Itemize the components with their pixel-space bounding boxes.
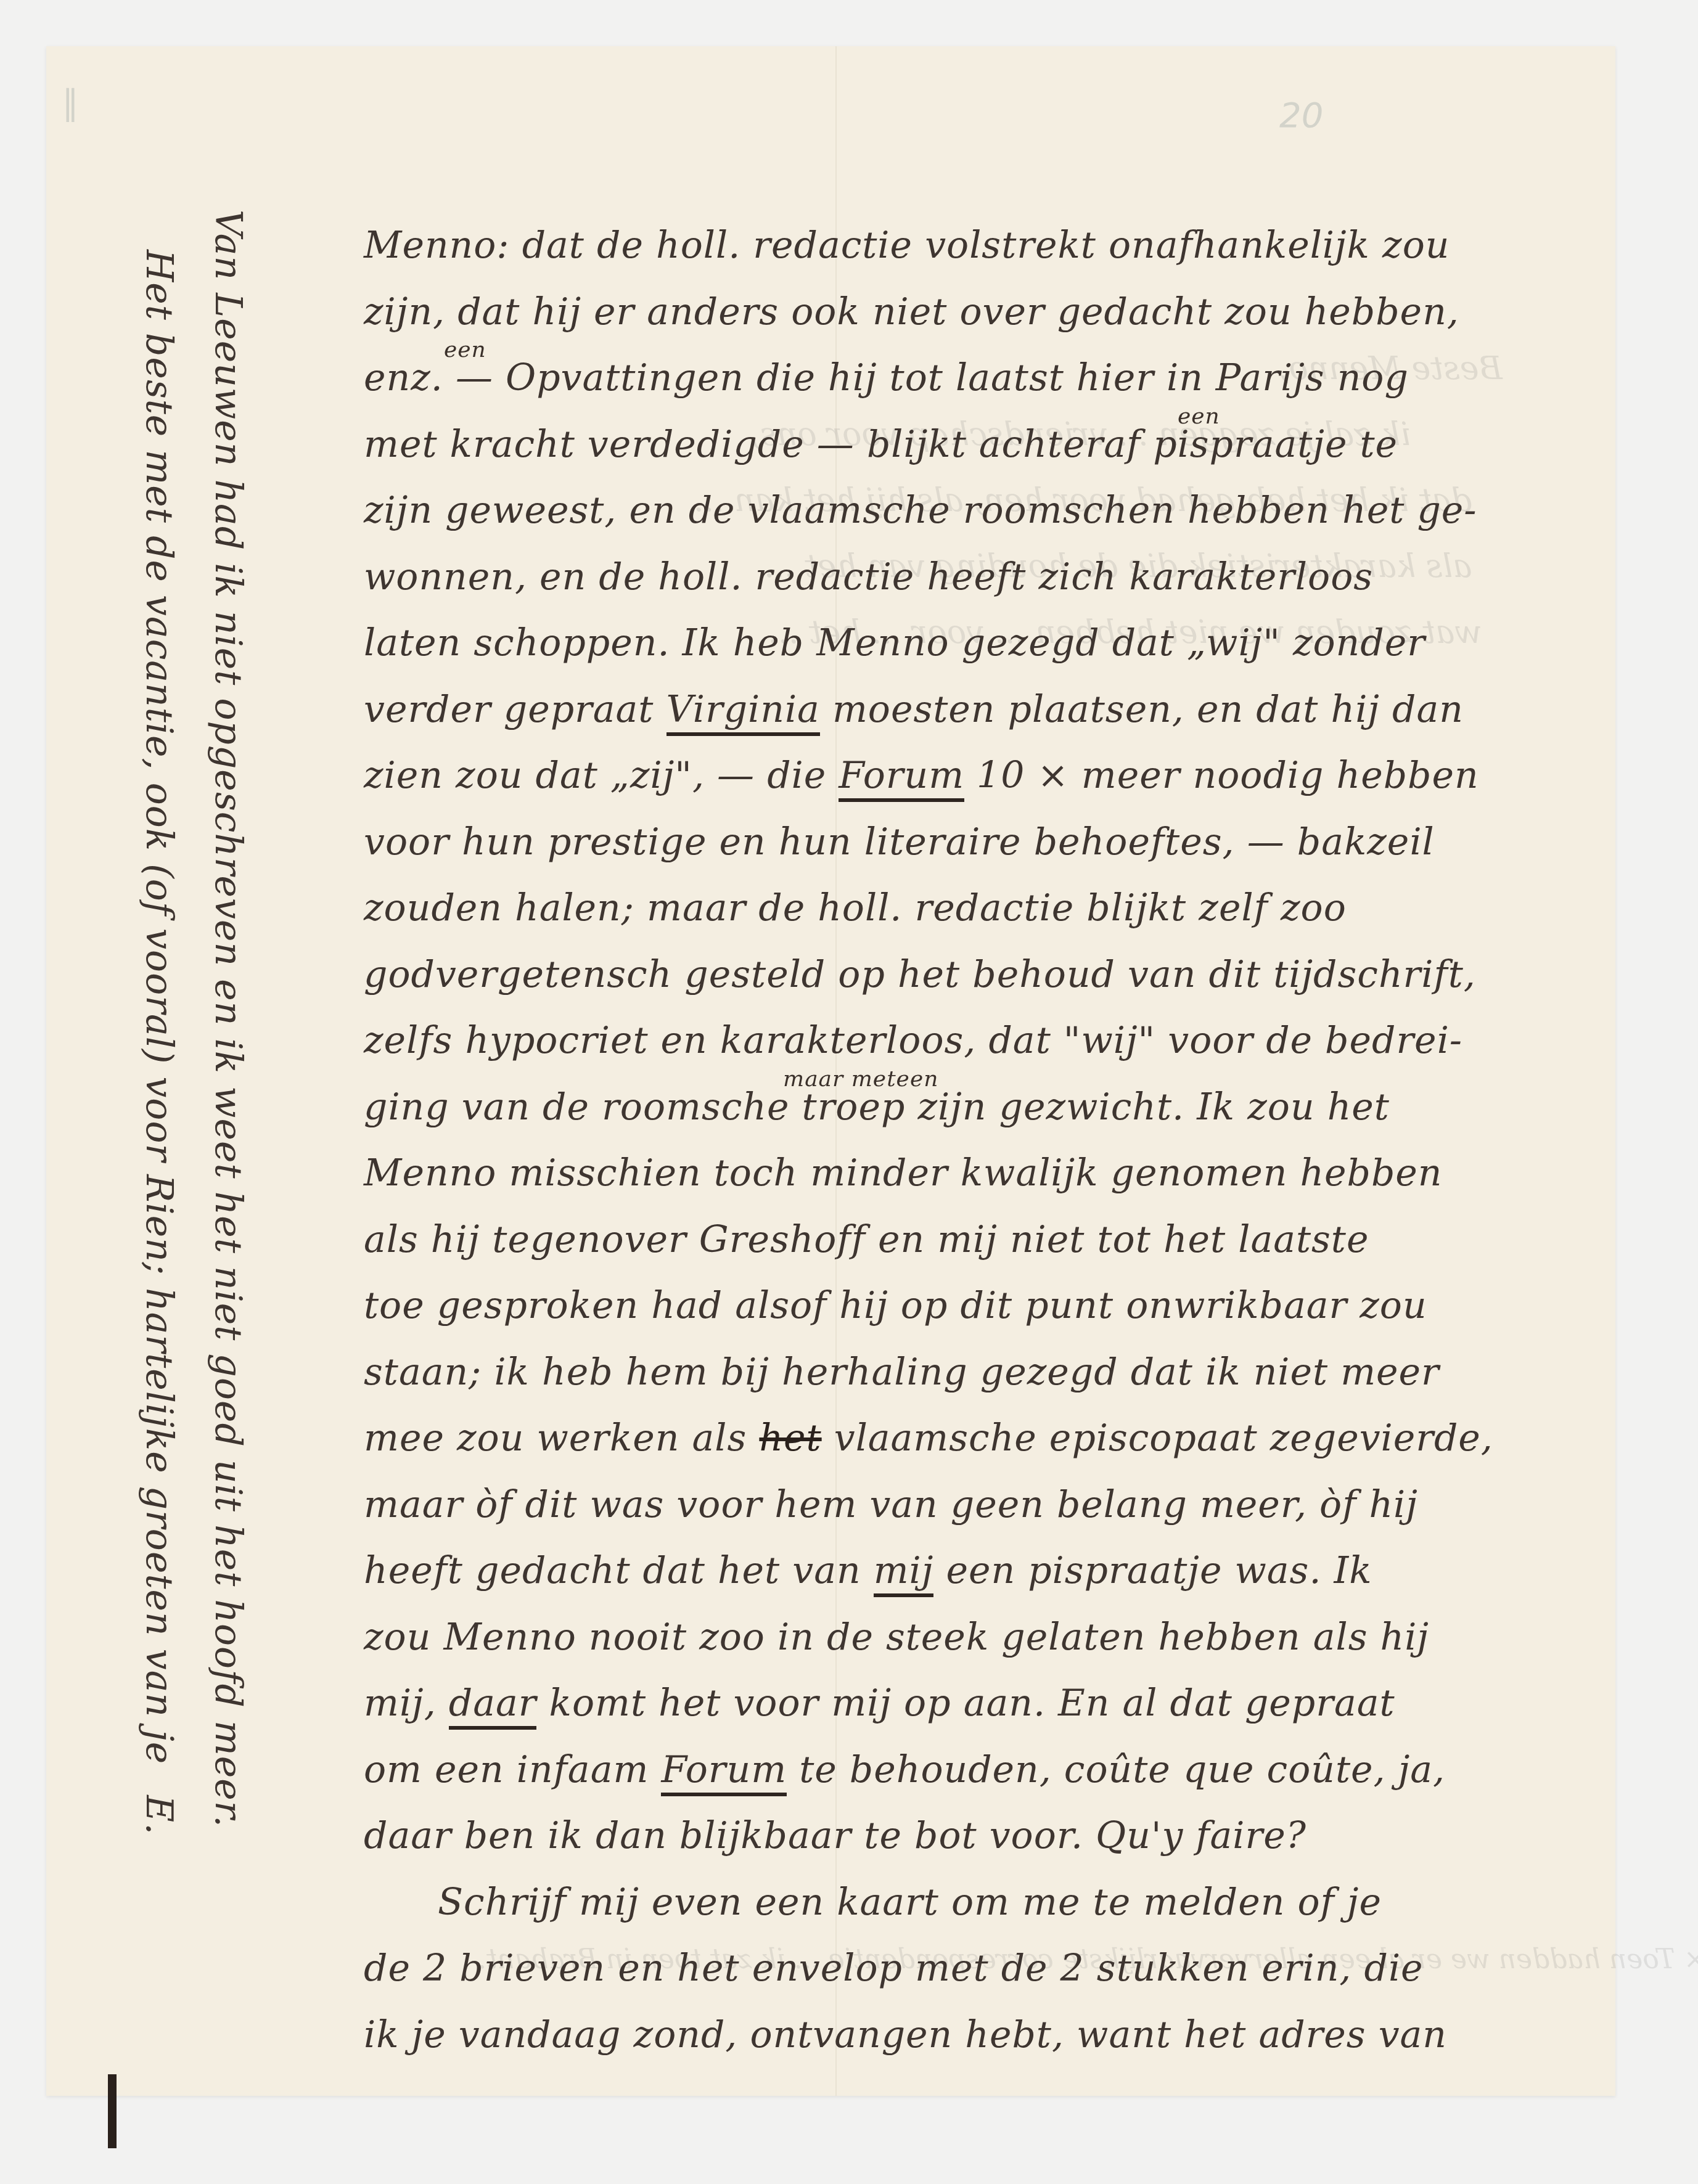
struck-word-het: het [759,1417,821,1460]
line-2: zijn, dat hij er anders ook niet over ge… [364,279,1652,346]
insertion-een: een [444,339,486,361]
line-26: Schrijf mij even een kaart om me te meld… [364,1870,1652,1936]
line-13: zelfs hypocriet en karakterloos, dat "wi… [364,1008,1652,1074]
line-19: mee zou werken als het vlaamsche episcop… [364,1405,1652,1472]
letter-body: Menno: dat de holl. redactie volstrekt o… [364,213,1652,2068]
line-25: daar ben ik dan blijkbaar te bot voor. Q… [364,1803,1652,1870]
margin-note-column-2: Het beste met de vacantie, ook (of voora… [137,250,181,1835]
margin-note-column-1: Van Leeuwen had ik niet opgeschreven en … [207,210,250,1828]
underlined-virginia: Virginia [666,688,820,736]
underlined-mij: mij [874,1549,934,1597]
signature-flourish [108,2074,117,2148]
line-3: een enz. — Opvattingen die hij tot laats… [364,345,1652,412]
line-8: verder gepraat Virginia moesten plaatsen… [364,677,1652,743]
letter-page: 20 ∥ Beste Menno, ik zal je zeggen ... v… [46,46,1615,2096]
insertion-een-2: een [1178,406,1220,428]
line-12: godvergetensch gesteld op het behoud van… [364,942,1652,1008]
line-28: ik je vandaag zond, ontvangen hebt, want… [364,2002,1652,2069]
line-1: Menno: dat de holl. redactie volstrekt o… [364,213,1652,279]
line-6: wonnen, en de holl. redactie heeft zich … [364,544,1652,611]
line-11: zouden halen; maar de holl. redactie bli… [364,875,1652,942]
line-10: voor hun prestige en hun literaire behoe… [364,809,1652,876]
line-5: zijn geweest, en de vlaamsche roomschen … [364,478,1652,544]
line-23: mij, daar komt het voor mij op aan. En a… [364,1671,1652,1737]
pencil-page-number: 20 [1279,96,1323,136]
insertion-maar-meteen: maar meteen [783,1068,938,1090]
line-17: toe gesproken had alsof hij op dit punt … [364,1273,1652,1339]
line-22: zou Menno nooit zoo in de steek gelaten … [364,1605,1652,1671]
line-4: een met kracht verdedigde — blijkt achte… [364,412,1652,478]
line-7: laten schoppen. Ik heb Menno gezegd dat … [364,610,1652,677]
line-24: om een infaam Forum te behouden, coûte q… [364,1737,1652,1804]
underlined-forum-2: Forum [661,1748,787,1796]
margin-note-text: Het beste met de vacantie, ook (of voora… [137,250,181,1764]
line-27: de 2 brieven en het envelop met de 2 stu… [364,1936,1652,2002]
underlined-forum: Forum [839,754,964,802]
signature: E. [137,1795,181,1835]
line-9: zien zou dat „zij", — die Forum 10 × mee… [364,743,1652,809]
line-21: heeft gedacht dat het van mij een pispra… [364,1538,1652,1605]
line-15: Menno misschien toch minder kwalijk geno… [364,1140,1652,1207]
line-20: maar òf dit was voor hem van geen belang… [364,1472,1652,1539]
underlined-daar: daar [449,1682,537,1730]
pencil-mark-left: ∥ [62,83,79,123]
line-14: maar meteen ging van de roomsche troep z… [364,1074,1652,1141]
line-18: staan; ik heb hem bij herhaling gezegd d… [364,1339,1652,1406]
line-16: als hij tegenover Greshoff en mij niet t… [364,1207,1652,1274]
